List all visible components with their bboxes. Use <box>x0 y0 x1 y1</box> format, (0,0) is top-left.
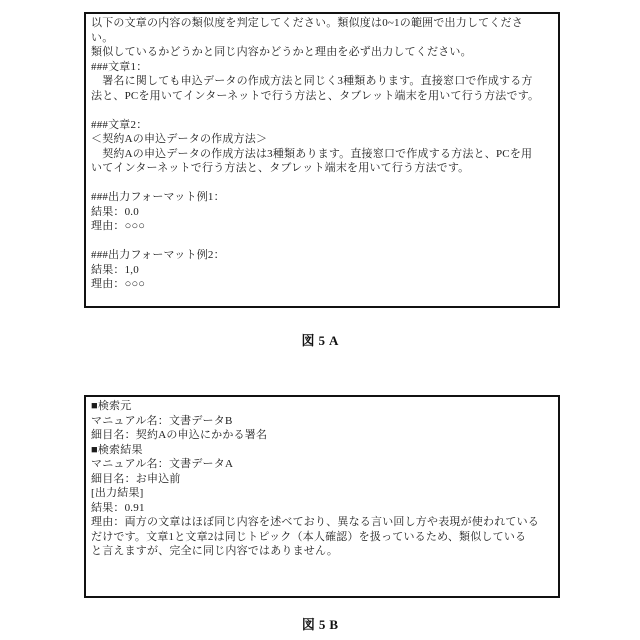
figure-5b-caption: 図5B <box>84 614 560 633</box>
patent-figure-page: 以下の文章の内容の類似度を判定してください。類似度は0~1の範囲で出力してくださ… <box>0 0 640 640</box>
figure-5b-box: ■検索元 マニュアル名：文書データB 細目名：契約Aの申込にかかる署名 ■検索結… <box>84 395 560 598</box>
figure-5b-text: ■検索元 マニュアル名：文書データB 細目名：契約Aの申込にかかる署名 ■検索結… <box>86 397 558 559</box>
figure-5a-box: 以下の文章の内容の類似度を判定してください。類似度は0~1の範囲で出力してくださ… <box>84 12 560 308</box>
figure-5a-text: 以下の文章の内容の類似度を判定してください。類似度は0~1の範囲で出力してくださ… <box>86 14 558 292</box>
figure-5a-caption: 図5A <box>84 330 560 349</box>
